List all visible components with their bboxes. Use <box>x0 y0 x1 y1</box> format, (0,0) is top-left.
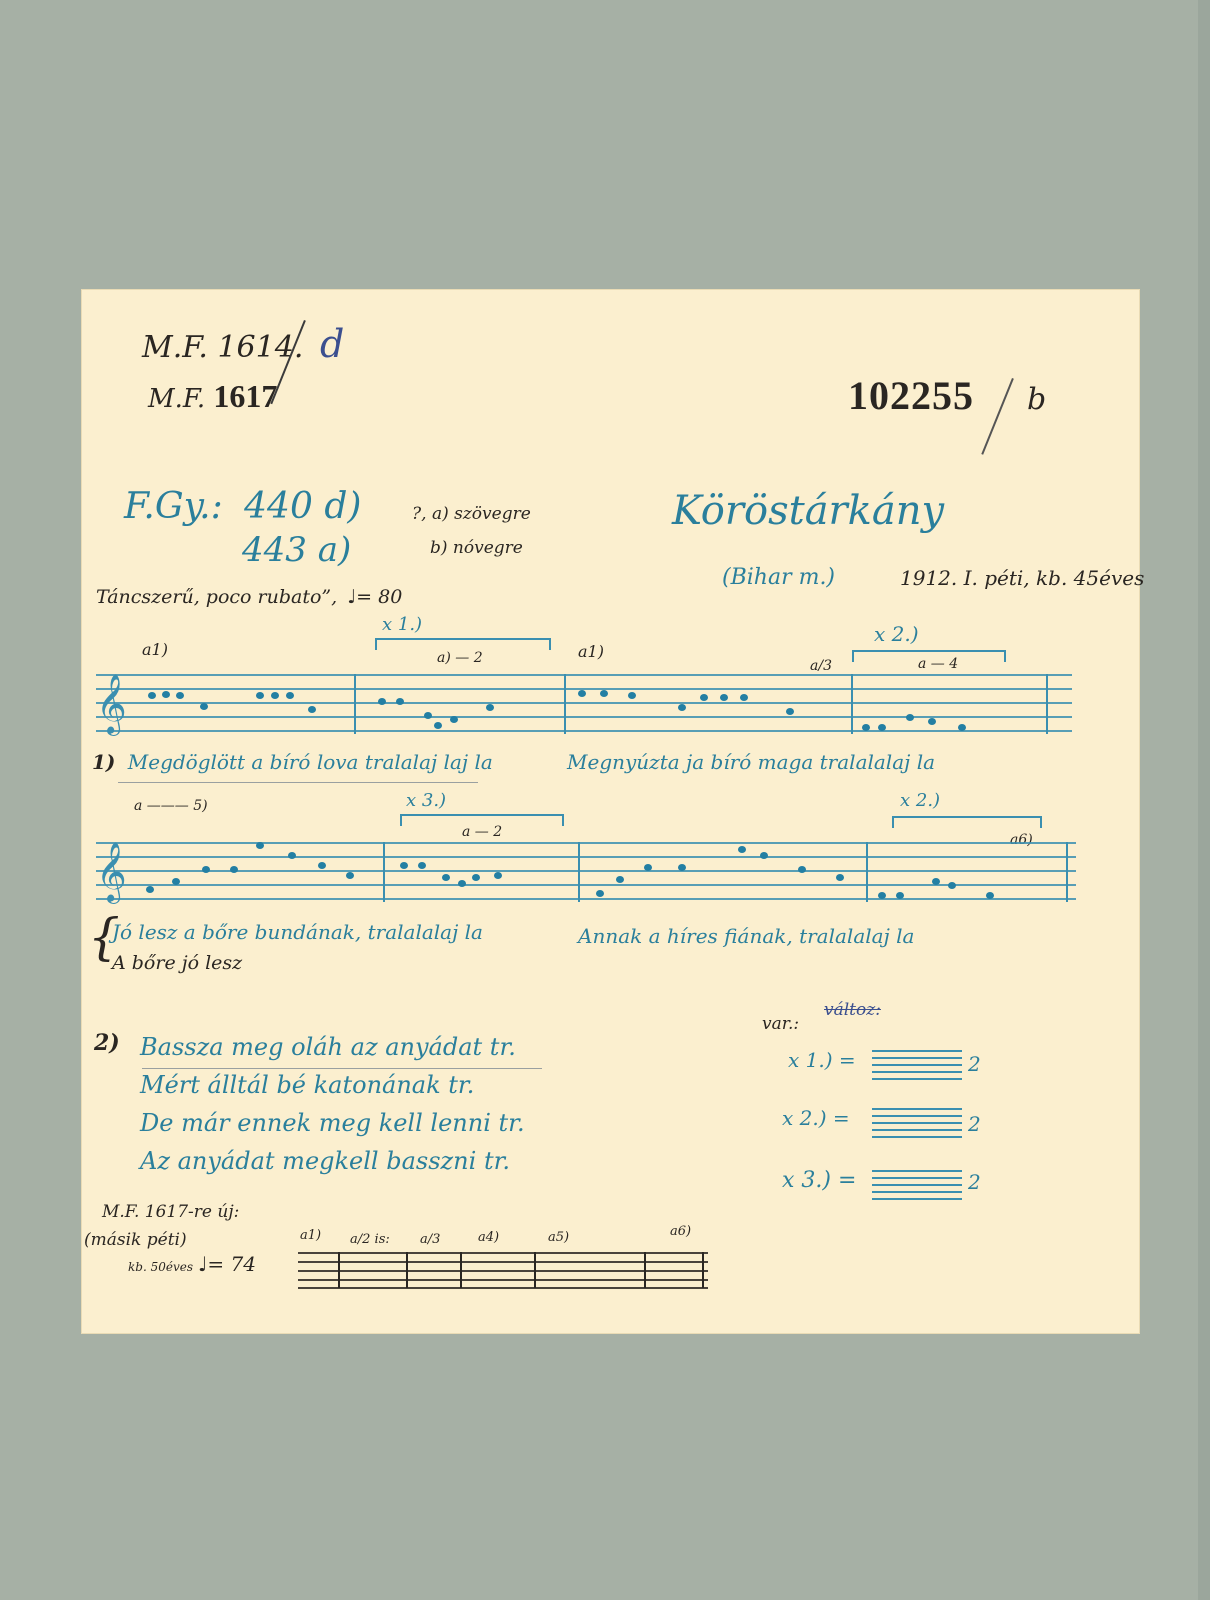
tempo-text: Táncszerű, poco rubato”, <box>96 586 337 608</box>
verse-1b-line-right: Annak a híres fiának, tralalalaj la <box>578 924 914 948</box>
variant-1-label: x 1.) = <box>788 1048 856 1072</box>
verse-1-text-right: Megnyúzta ja bíró maga tralalalaj la <box>567 750 935 774</box>
music-staff-1: 𝄞 <box>96 674 1072 734</box>
footer-note: (másik péti) <box>84 1230 187 1250</box>
pencil-underline-2 <box>142 1068 542 1069</box>
footer-incipit-staff <box>298 1252 708 1288</box>
staff2-label-a2: a — 2 <box>462 824 502 840</box>
verse-1-number: 1) <box>92 750 115 774</box>
variant-2-staff <box>872 1108 962 1138</box>
place-name: Köröstárkány <box>672 488 944 534</box>
footer-age: kb. 50éves <box>128 1260 193 1274</box>
staff2-label-x3: x 3.) <box>406 790 446 811</box>
board-edge <box>1198 0 1210 1600</box>
staff1-label-x1: x 1.) <box>382 614 422 635</box>
catalog-label: F.Gy.: 440 d) <box>124 486 361 527</box>
stamp-slash <box>981 378 1014 455</box>
catalog-note-a: ?, a) szövegre <box>412 504 531 524</box>
footer-label-a1: a1) <box>300 1228 321 1243</box>
ref-line-2: M.F. 1617 <box>148 378 277 415</box>
staff2-label-a5: a ——— 5) <box>134 798 208 814</box>
staff1-label-a1: a1) <box>142 640 168 659</box>
variant-1-ending: 2 <box>968 1052 981 1076</box>
treble-clef-icon: 𝄞 <box>96 678 127 730</box>
verse-1-text-left: Megdöglött a bíró lova tralalaj laj la <box>128 750 493 774</box>
verse-2-lines: Bassza meg oláh az anyádat tr. Mért állt… <box>140 1028 525 1180</box>
catalog-note-b: b) nóvegre <box>430 538 523 558</box>
ref-number-1617: 1617 <box>213 378 277 414</box>
verse-2-line-2: Mért álltál bé katonának tr. <box>140 1066 525 1104</box>
variant-3-staff <box>872 1170 962 1200</box>
ref-suffix-d: d <box>320 322 344 366</box>
staff2-label-x2: x 2.) <box>900 790 940 811</box>
stamp-suffix: b <box>1027 382 1046 417</box>
verse-2-line-3: De már ennek meg kell lenni tr. <box>140 1104 525 1142</box>
footer-label-a2: a/2 is: <box>350 1232 390 1247</box>
variant-1-staff <box>872 1050 962 1080</box>
variants-label: var.: <box>762 1014 799 1034</box>
footer-label-a4: a4) <box>478 1230 499 1245</box>
manuscript-sheet: M.F. 1614. d M.F. 1617 102255 b F.Gy.: 4… <box>82 290 1139 1333</box>
catalog-number-443a: 443 a) <box>242 530 351 570</box>
variant-2-ending: 2 <box>968 1112 981 1136</box>
footer-label-a6: a6) <box>670 1224 691 1239</box>
ref-prefix: M.F. <box>148 384 205 414</box>
variant-3-ending: 2 <box>968 1170 981 1194</box>
verse-1b-line-left: Jó lesz a bőre bundának, tralalalaj la <box>112 920 483 944</box>
tempo-marking: Táncszerű, poco rubato”, ♩= 80 <box>96 586 402 608</box>
staff1-label-a3: a/3 <box>810 658 832 674</box>
footer-label-a3: a/3 <box>420 1232 440 1247</box>
footer-label-a5: a5) <box>548 1230 569 1245</box>
ref-line-1: M.F. 1614. <box>142 330 303 365</box>
footer-ref: M.F. 1617-re új: <box>102 1202 239 1222</box>
variant-3-label: x 3.) = <box>782 1168 856 1193</box>
catalog-note-a-text: a) szövegre <box>432 504 531 524</box>
verse-1b-line-2: A bőre jó lesz <box>112 952 242 974</box>
pencil-underline-1 <box>118 782 478 783</box>
staff2-bracket-2 <box>892 816 1042 828</box>
catalog-note-mark: ?, <box>412 504 427 524</box>
verse-1-lyrics: 1) Megdöglött a bíró lova tralalaj laj l… <box>92 750 493 774</box>
staff1-bracket-1 <box>375 638 551 650</box>
metronome-mark: ♩= 80 <box>347 586 402 608</box>
place-county: (Bihar m.) <box>722 565 835 590</box>
staff1-label-a1b: a1) <box>578 642 604 661</box>
staff1-label-a4: a — 4 <box>918 656 958 672</box>
place-date-info: 1912. I. péti, kb. 45éves <box>900 566 1144 590</box>
verse-2-line-4: Az anyádat megkell basszni tr. <box>140 1142 525 1180</box>
verse-2-number: 2) <box>94 1030 120 1056</box>
stamp-number: 102255 <box>848 372 974 419</box>
staff1-label-a2: a) — 2 <box>437 650 483 666</box>
fgy-label: F.Gy.: <box>124 486 223 527</box>
verse-2-line-1: Bassza meg oláh az anyádat tr. <box>140 1028 525 1066</box>
ref-number-1614: M.F. 1614. <box>142 330 303 365</box>
catalog-number-440d: 440 d) <box>244 486 361 527</box>
treble-clef-icon-2: 𝄞 <box>96 846 127 898</box>
music-staff-2: 𝄞 <box>96 842 1076 902</box>
footer-metronome: ♩= 74 <box>198 1252 256 1276</box>
staff1-label-x2: x 2.) <box>874 622 919 646</box>
variant-2-label: x 2.) = <box>782 1106 850 1130</box>
variants-struck-label: változ: <box>824 1000 881 1020</box>
